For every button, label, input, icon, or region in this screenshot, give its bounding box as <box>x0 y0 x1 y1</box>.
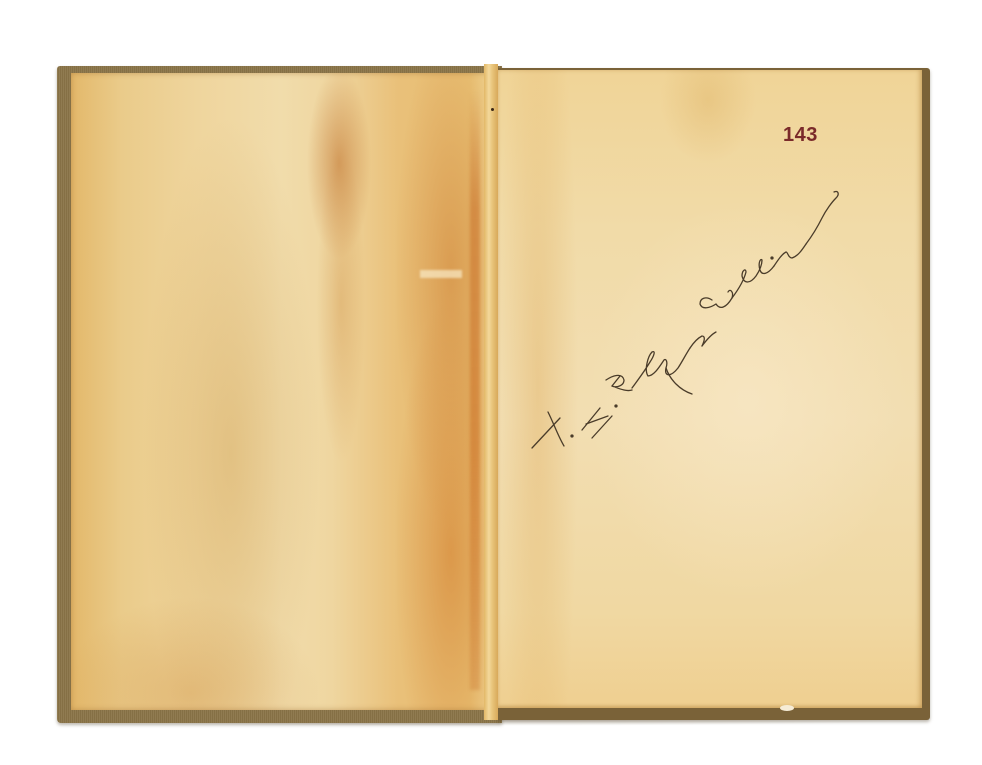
pastedown-stain-edge <box>470 90 480 690</box>
front-pastedown-page <box>71 73 491 710</box>
book-gutter-hinge <box>484 64 498 720</box>
gutter-mark <box>491 108 494 111</box>
handwritten-inscription: T. H. Ralph Wellington <box>520 180 860 460</box>
pastedown-light-patch <box>420 270 462 278</box>
signature-icon <box>520 180 860 460</box>
page-number-stamp: 143 <box>783 124 818 147</box>
page-edge-fray <box>780 705 794 711</box>
photo-scene: 143 T. H. Ralph Wellington <box>0 0 982 765</box>
